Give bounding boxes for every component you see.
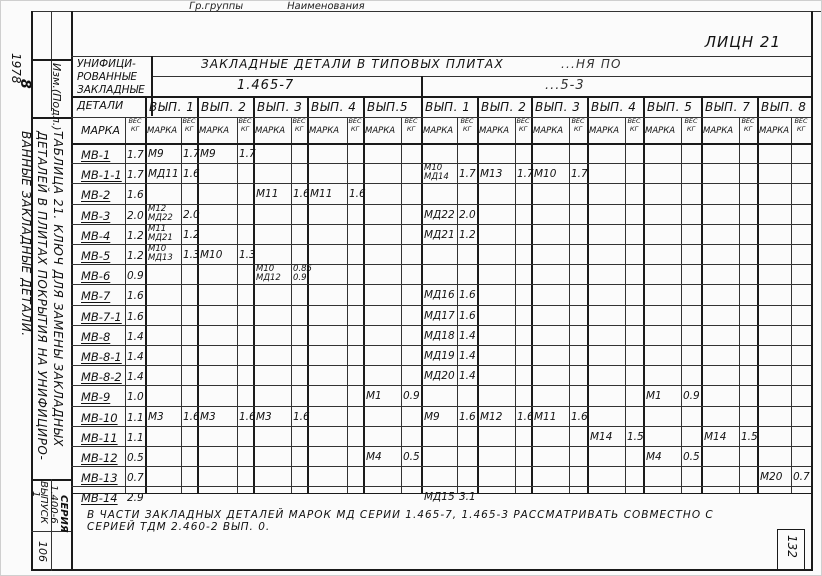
marka-header: МАРКА bbox=[643, 119, 675, 143]
cell-ves: 1.7 bbox=[239, 149, 256, 160]
ves-header: ВЕСКГ bbox=[347, 117, 363, 133]
stamp-issue-value: 1 bbox=[30, 491, 41, 497]
cell-ves: 1.6 bbox=[459, 290, 476, 301]
row-line bbox=[71, 486, 811, 487]
column-divider bbox=[307, 96, 309, 493]
issue-header: ВЫП.5 bbox=[363, 97, 421, 117]
row-marka: МВ-4 bbox=[81, 229, 110, 243]
main-title-tail: ...НЯ ПО bbox=[561, 57, 622, 71]
side-title-line-2: ДЕТАЛЕЙ В ПЛИТАХ ПОКРЫТИЯ НА УНИФИЦИРО- bbox=[35, 131, 49, 460]
row-marka: МВ-2 bbox=[81, 188, 110, 202]
top-strip-text-1: Гр.группы bbox=[188, 1, 244, 12]
top-strip-text-2: Наименования bbox=[286, 1, 366, 12]
row-line bbox=[71, 224, 811, 225]
ves-header: ВЕСКГ bbox=[401, 117, 421, 133]
row-marka: МВ-9 bbox=[81, 390, 110, 404]
row-ves: 1.6 bbox=[127, 311, 144, 323]
column-divider bbox=[477, 96, 479, 493]
cell-ves: 1.6 bbox=[459, 311, 476, 322]
cell-ves: 1.6 bbox=[183, 412, 200, 423]
cell-marka: МД21 bbox=[424, 230, 455, 241]
cell-marka: М11 bbox=[534, 412, 556, 423]
issue-header: ВЫП. 2 bbox=[197, 97, 253, 117]
cell-marka: МД20 bbox=[424, 371, 455, 382]
cell-marka: М9 bbox=[424, 412, 440, 423]
column-divider bbox=[421, 96, 423, 493]
marka-header: МАРКА bbox=[757, 119, 789, 143]
cell-marka: МД17 bbox=[424, 311, 455, 322]
cell-ves: 2.0 bbox=[459, 210, 476, 221]
side-title-line-1: ТАБЛИЦА 21. КЛЮЧ ДЛЯ ЗАМЕНЫ ЗАКЛАДНЫХ bbox=[51, 131, 65, 447]
cell-marka: М12 bbox=[480, 412, 502, 423]
issue-header: ВЫП. 8 bbox=[757, 97, 811, 117]
issue-header: ВЫП. 4 bbox=[587, 97, 643, 117]
ves-header: ВЕСКГ bbox=[569, 117, 587, 133]
ves-header: ВЕСКГ bbox=[625, 117, 643, 133]
cell-ves: 0.9 bbox=[403, 391, 420, 402]
top-strip-line bbox=[31, 11, 821, 12]
cell-ves: 1.6 bbox=[239, 412, 256, 423]
cell-marka: МД18 bbox=[424, 331, 455, 342]
ves-header: ВЕСКГ bbox=[457, 117, 477, 133]
series-b-label: ...5-3 bbox=[545, 78, 585, 93]
cell-ves: 1.4 bbox=[459, 351, 476, 362]
frame-right bbox=[811, 11, 813, 571]
column-divider bbox=[531, 96, 533, 493]
cell-ves: 1.6 bbox=[571, 412, 588, 423]
side-title-line-3: ВАННЫЕ ЗАКЛАДНЫЕ ДЕТАЛИ. bbox=[19, 131, 33, 337]
cell-marka: М3 bbox=[256, 412, 272, 423]
cell-ves: 1.2 bbox=[183, 230, 200, 241]
row-line bbox=[71, 426, 811, 427]
ves-header: ВЕСКГ bbox=[739, 117, 757, 133]
cell-marka: М4 bbox=[646, 452, 662, 463]
page-number: 132 bbox=[785, 535, 799, 558]
cell-marka: МД22 bbox=[424, 210, 455, 221]
cell-marka: М10МД12 bbox=[256, 265, 281, 283]
cell-ves: 0.5 bbox=[403, 452, 420, 463]
cell-marka: М10МД13 bbox=[148, 245, 173, 263]
row-marka: МВ-8 bbox=[81, 330, 110, 344]
row-marka: МВ-1-1 bbox=[81, 168, 122, 182]
row-ves: 0.7 bbox=[127, 472, 144, 484]
cell-marka: МД16 bbox=[424, 290, 455, 301]
cell-ves: 1.6 bbox=[293, 412, 310, 423]
footnote: В ЧАСТИ ЗАКЛАДНЫХ ДЕТАЛЕЙ МАРОК МД СЕРИИ… bbox=[87, 509, 714, 533]
cell-marka: М11МД21 bbox=[148, 225, 173, 243]
cell-ves: 1.2 bbox=[459, 230, 476, 241]
row-marka: МВ-3 bbox=[81, 209, 110, 223]
marka-header: МАРКА bbox=[73, 119, 120, 143]
main-title: ЗАКЛАДНЫЕ ДЕТАЛИ В ТИПОВЫХ ПЛИТАХ bbox=[201, 57, 504, 71]
cell-ves: 0.850.9 bbox=[293, 265, 312, 283]
row-ves: 1.7 bbox=[127, 149, 144, 161]
issue-header: ВЫП. 4 bbox=[307, 97, 363, 117]
frame-bottom bbox=[31, 569, 813, 571]
row-line bbox=[71, 284, 811, 285]
cell-ves: 1.6 bbox=[459, 412, 476, 423]
row-line bbox=[71, 264, 811, 265]
cell-ves: 1.5 bbox=[741, 432, 758, 443]
cell-ves: 0.9 bbox=[683, 391, 700, 402]
column-divider bbox=[701, 96, 703, 493]
issue-header: ВЫП. 2 bbox=[477, 97, 531, 117]
issue-header: ВЫП. 7 bbox=[701, 97, 757, 117]
cell-marka: МД11 bbox=[148, 169, 179, 180]
cell-marka: М10 bbox=[534, 169, 556, 180]
cell-marka: МД19 bbox=[424, 351, 455, 362]
cell-ves: 1.5 bbox=[627, 432, 644, 443]
row-marka: МВ-5 bbox=[81, 249, 110, 263]
row-line bbox=[71, 305, 811, 306]
document-cipher: ЛИЦН 21 bbox=[705, 33, 781, 51]
detail-label: ДЕТАЛИ bbox=[77, 99, 123, 112]
cell-marka: М11 bbox=[256, 189, 278, 200]
subtitle-line-1: УНИФИЦИ- bbox=[77, 58, 145, 71]
row-marka: МВ-8-1 bbox=[81, 350, 122, 364]
cell-marka: М12МД22 bbox=[148, 205, 173, 223]
row-ves: 1.4 bbox=[127, 371, 144, 383]
row-ves: 1.1 bbox=[127, 432, 144, 444]
cell-marka: М1 bbox=[366, 391, 382, 402]
cell-ves: 1.7 bbox=[183, 149, 200, 160]
cell-marka: М3 bbox=[200, 412, 216, 423]
stamp-series-label: СЕРИЯ bbox=[58, 495, 69, 533]
ves-header: ВЕСКГ bbox=[791, 117, 811, 133]
row-marka: МВ-7 bbox=[81, 289, 110, 303]
cell-marka: М13 bbox=[480, 169, 502, 180]
series-a-label: 1.465-7 bbox=[237, 78, 294, 93]
cell-ves: 1.6 bbox=[183, 169, 200, 180]
row-ves: 1.4 bbox=[127, 331, 144, 343]
row-ves: 0.5 bbox=[127, 452, 144, 464]
row-ves: 1.4 bbox=[127, 351, 144, 363]
stamp-sheet-value: 106 bbox=[36, 541, 49, 562]
ves-header: ВЕСКГ bbox=[125, 117, 145, 133]
subtitle-line-3: ЗАКЛАДНЫЕ bbox=[77, 84, 145, 97]
cell-ves: 2.0 bbox=[183, 210, 200, 221]
cell-marka: М9 bbox=[200, 149, 216, 160]
row-marka: МВ-8-2 bbox=[81, 370, 122, 384]
issue-header: ВЫП. 5 bbox=[643, 97, 701, 117]
cell-ves: 0.5 bbox=[683, 452, 700, 463]
cell-ves: 1.7 bbox=[571, 169, 588, 180]
row-marka: МВ-10 bbox=[81, 411, 118, 425]
footnote-line-2: СЕРИЕЙ ТДМ 2.460-2 ВЫП. 0. bbox=[87, 521, 714, 533]
subtitle-line-2: РОВАННЫЕ bbox=[77, 71, 145, 84]
row-marka: МВ-6 bbox=[81, 269, 110, 283]
row-ves: 1.7 bbox=[127, 169, 144, 181]
row-ves: 0.9 bbox=[127, 270, 144, 282]
row-ves: 1.2 bbox=[127, 230, 144, 242]
cell-marka: М14 bbox=[704, 432, 726, 443]
title-line-mid bbox=[151, 76, 811, 77]
row-line bbox=[71, 325, 811, 326]
cell-ves: 1.7 bbox=[459, 169, 476, 180]
stamp-line-1 bbox=[31, 59, 71, 61]
marka-header: МАРКА bbox=[531, 119, 563, 143]
issue-header: ВЫП. 3 bbox=[253, 97, 307, 117]
row-ves: 1.0 bbox=[127, 391, 144, 403]
ves-header: ВЕСКГ bbox=[291, 117, 307, 133]
stamp-series-value: 1.400-6 bbox=[48, 485, 59, 524]
row-marka: МВ-13 bbox=[81, 471, 118, 485]
row-line bbox=[71, 466, 811, 467]
row-line bbox=[71, 345, 811, 346]
row-line bbox=[71, 204, 811, 205]
cell-ves: 1.4 bbox=[459, 371, 476, 382]
cell-marka: М20 bbox=[760, 472, 782, 483]
ves-header: ВЕСКГ bbox=[237, 117, 253, 133]
cell-marka: М4 bbox=[366, 452, 382, 463]
row-line bbox=[71, 446, 811, 447]
row-ves: 1.6 bbox=[127, 290, 144, 302]
row-ves: 2.9 bbox=[127, 492, 144, 504]
row-line bbox=[71, 365, 811, 366]
cell-ves: 1.4 bbox=[459, 331, 476, 342]
subtitle-left: УНИФИЦИ- РОВАННЫЕ ЗАКЛАДНЫЕ bbox=[77, 58, 145, 97]
cell-marka: М10 bbox=[200, 250, 222, 261]
cell-marka: М3 bbox=[148, 412, 164, 423]
izm-label: Изм.(Подл.) bbox=[50, 63, 63, 131]
row-line bbox=[71, 244, 811, 245]
row-ves: 1.2 bbox=[127, 250, 144, 262]
issue-header: ВЫП. 1 bbox=[145, 97, 197, 117]
marka-header: МАРКА bbox=[253, 119, 285, 143]
cell-marka: М10МД14 bbox=[424, 164, 449, 182]
stamp-issue-label: ВЫПУСК bbox=[38, 481, 49, 524]
row-marka: МВ-7-1 bbox=[81, 310, 122, 324]
column-divider bbox=[587, 96, 589, 493]
row-ves: 2.0 bbox=[127, 210, 144, 222]
marka-header: МАРКА bbox=[197, 119, 229, 143]
issue-header: ВЫП. 3 bbox=[531, 97, 587, 117]
ves-header: ВЕСКГ bbox=[181, 117, 197, 133]
issue-header: ВЫП. 1 bbox=[421, 97, 477, 117]
column-divider bbox=[363, 96, 365, 493]
row-ves: 1.6 bbox=[127, 189, 144, 201]
cell-marka: М9 bbox=[148, 149, 164, 160]
cell-marka: М11 bbox=[310, 189, 332, 200]
row-line bbox=[71, 183, 811, 184]
ves-header: ВЕСКГ bbox=[681, 117, 701, 133]
sheet-number: 8 bbox=[17, 79, 33, 89]
row-line bbox=[71, 385, 811, 386]
scanned-sheet: Гр.группы Наименования 1978 8 Изм.(Подл.… bbox=[0, 0, 822, 576]
cell-marka: М14 bbox=[590, 432, 612, 443]
ves-header: ВЕСКГ bbox=[515, 117, 531, 133]
row-ves: 1.1 bbox=[127, 412, 144, 424]
cell-ves: 1.6 bbox=[517, 412, 534, 423]
row-marka: МВ-1 bbox=[81, 148, 110, 162]
marka-header: МАРКА bbox=[363, 119, 395, 143]
marka-header: МАРКА bbox=[701, 119, 733, 143]
table-bottom-line bbox=[71, 493, 811, 495]
marka-header: МАРКА bbox=[145, 119, 177, 143]
column-divider bbox=[145, 96, 147, 493]
cell-ves: 0.7 bbox=[793, 472, 810, 483]
footnote-line-1: В ЧАСТИ ЗАКЛАДНЫХ ДЕТАЛЕЙ МАРОК МД СЕРИИ… bbox=[87, 509, 714, 521]
cell-marka: М1 bbox=[646, 391, 662, 402]
cell-ves: 1.7 bbox=[517, 169, 534, 180]
marka-header: МАРКА bbox=[421, 119, 453, 143]
marka-header: МАРКА bbox=[307, 119, 339, 143]
cell-ves: 1.6 bbox=[293, 189, 310, 200]
marka-header: МАРКА bbox=[477, 119, 509, 143]
row-marka: МВ-12 bbox=[81, 451, 118, 465]
cell-ves: 1.3 bbox=[183, 250, 200, 261]
column-header-line bbox=[71, 143, 811, 145]
marka-header: МАРКА bbox=[587, 119, 619, 143]
row-line bbox=[71, 406, 811, 407]
cell-ves: 1.6 bbox=[349, 189, 366, 200]
row-marka: МВ-11 bbox=[81, 431, 118, 445]
cell-ves: 1.3 bbox=[239, 250, 256, 261]
